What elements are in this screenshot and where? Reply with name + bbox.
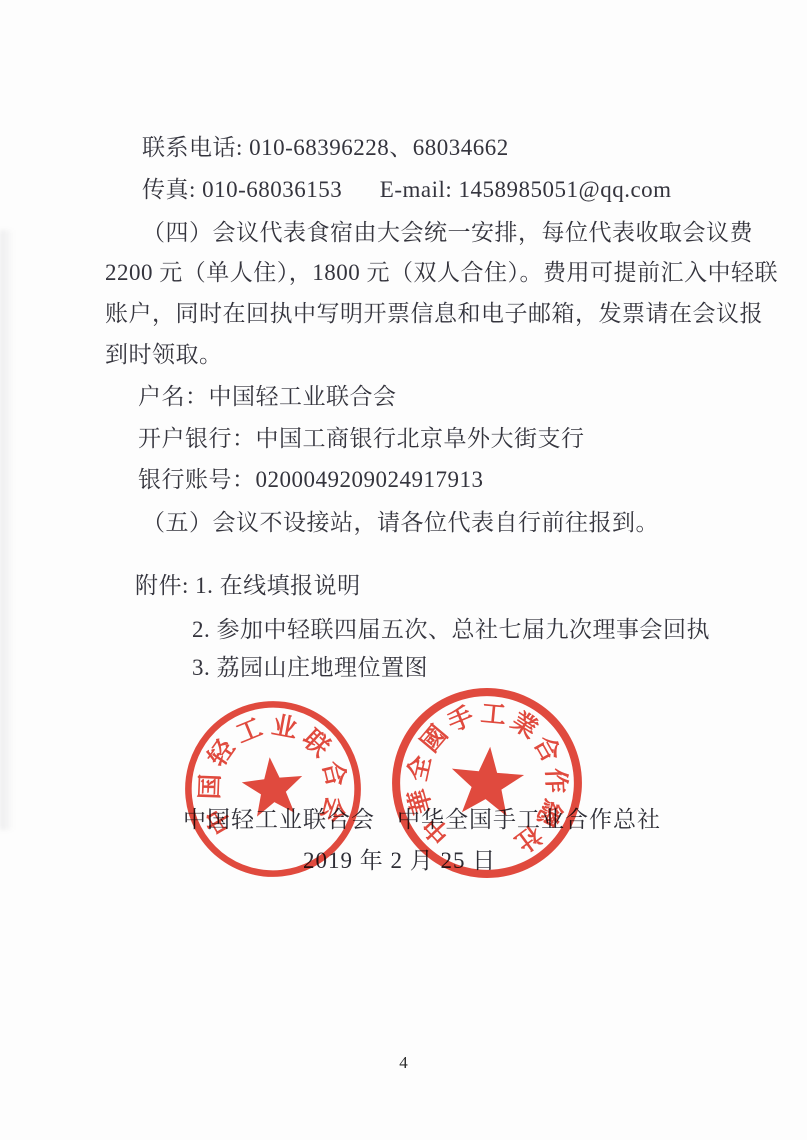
para-four-line-4: 到时领取。 <box>105 340 223 370</box>
attachment-item-2: 2. 参加中轻联四届五次、总社七届九次理事会回执 <box>192 615 710 645</box>
document-page: 联系电话: 010-68396228、68034662 传真: 010-6803… <box>0 0 807 1140</box>
official-seal-right: 中華全國手工業合作總社 <box>378 674 597 893</box>
para-four-line-1: （四）会议代表食宿由大会统一安排，每位代表收取会议费 <box>142 218 753 248</box>
bank-account-line: 银行账号：0200049209024917913 <box>138 465 484 495</box>
official-seal-left: 中国轻工业联合会 <box>170 686 377 893</box>
para-four-line-3: 账户，同时在回执中写明开票信息和电子邮箱，发票请在会议报 <box>105 299 763 329</box>
page-number: 4 <box>0 1053 807 1073</box>
scan-artifact <box>0 230 14 830</box>
contact-phone-line: 联系电话: 010-68396228、68034662 <box>142 133 509 163</box>
para-four-line-2: 2200 元（单人住），1800 元（双人合住）。费用可提前汇入中轻联 <box>105 258 778 288</box>
attachment-item-1: 附件: 1. 在线填报说明 <box>135 571 361 601</box>
attachment-item-3: 3. 荔园山庄地理位置图 <box>192 653 428 683</box>
fax-email-line: 传真: 010-68036153 E-mail: 1458985051@qq.c… <box>142 175 672 205</box>
star-icon <box>448 744 526 818</box>
account-name-line: 户名：中国轻工业联合会 <box>138 382 397 412</box>
para-five-line: （五）会议不设接站，请各位代表自行前往报到。 <box>142 508 659 538</box>
bank-name-line: 开户银行：中国工商银行北京阜外大街支行 <box>138 424 585 454</box>
star-icon <box>239 754 305 818</box>
